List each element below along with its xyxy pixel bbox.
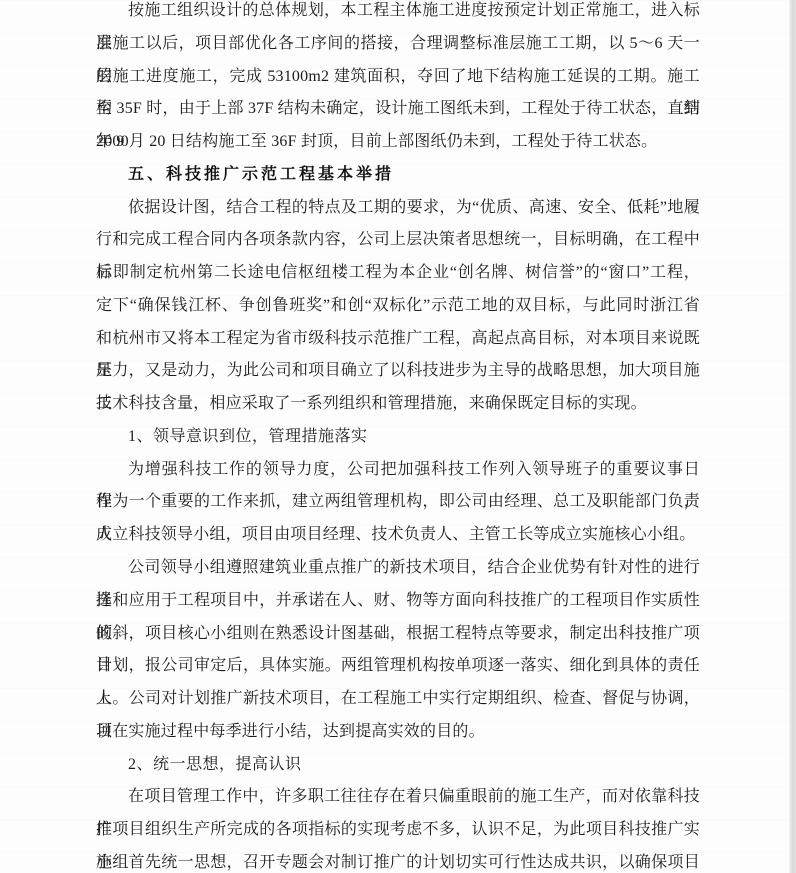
paragraph-line: 后即制定杭州第二长途电信枢纽楼工程为本企业“创名牌、树信誉”的“窗口”工程， [96,257,700,290]
paragraph-first-line: 为增强科技工作的领导力度，公司把加强科技工作列入领导班子的重要议事日程， [96,454,700,487]
section-heading: 五、科技推广示范工程基本举措 [96,159,700,192]
paragraph-line: 作为一个重要的工作来抓，建立两组管理机构，即公司由经理、总工及职能部门负责人 [96,486,700,519]
paragraph-line: 计划，报公司审定后，具体实施。两组管理机构按单项逐一落实、细化到具体的责任人 [96,650,700,683]
paragraph-line: 择和应用于工程项目中，并承诺在人、财、物等方面向科技推广的工程项目作实质性的 [96,585,700,618]
document-page: 按施工组织设计的总体规划，本工程主体施工进度按预定计划正常施工，进入标准层施工以… [0,0,796,873]
numbered-subheading: 2、统一思想，提高认识 [96,749,700,782]
paragraph-first-line: 按施工组织设计的总体规划，本工程主体施工进度按预定计划正常施工，进入标准 [96,0,700,28]
paragraph-first-line: 依据设计图，结合工程的特点及工期的要求，为“优质、高速、安全、低耗”地履 [96,192,700,225]
paragraph-line: 的施工进度施工，完成 53100m2 建筑面积，夺回了地下结构施工延误的工期。施… [96,61,700,94]
paragraph-line: 压力，又是动力，为此公司和项目确立了以科技进步为主导的战略思想，加大项目施工 [96,355,700,388]
paragraph-line: 和杭州市又将本工程定为省市级科技示范推广工程，高起点高目标，对本项目来说既是 [96,323,700,356]
paragraph-first-line: 公司领导小组遵照建筑业重点推广的新技术项目，结合企业优势有针对性的进行选 [96,552,700,585]
paragraph-last-line: 成立科技领导小组，项目由项目经理、技术负责人、主管工长等成立实施核心小组。 [96,519,700,552]
paragraph-last-line: 年 9 月 20 日结构施工至 36F 封顶，目前上部图纸仍未到，工程处于待工状… [96,126,700,159]
paragraph-last-line: 技术科技含量，相应采取了一系列组织和管理措施，来确保既定目标的实现。 [96,388,700,421]
paragraph-last-line: 目在实施过程中每季进行小结，达到提高实效的目的。 [96,716,700,749]
paragraph-line: 构 35F 时，由于上部 37F 结构未确定，设计施工图纸未到，工程处于待工状态… [96,93,700,126]
paragraph-line: 倾斜，项目核心小组则在熟悉设计图基础，根据工程特点等要求，制定出科技推广项目 [96,618,700,651]
paragraph-line: 广项目组织生产所完成的各项指标的实现考虑不多，认识不足，为此项目科技推广实施 [96,814,700,847]
paragraph-line: 小组首先统一思想，召开专题会对制订推广的计划切实可行性达成共识，以确保项目施 [96,847,700,873]
document-text-column: 按施工组织设计的总体规划，本工程主体施工进度按预定计划正常施工，进入标准层施工以… [96,0,700,873]
numbered-subheading: 1、领导意识到位，管理措施落实 [96,421,700,454]
paragraph-line: 行和完成工程合同内各项条款内容，公司上层决策者思想统一，目标明确，在工程中标 [96,224,700,257]
page-edge-strip [789,0,796,873]
paragraph-line: 上。公司对计划推广新技术项目，在工程施工中实行定期组织、检查、督促与协调，项 [96,683,700,716]
paragraph-first-line: 在项目管理工作中，许多职工往往存在着只偏重眼前的施工生产，而对依靠科技推 [96,781,700,814]
paragraph-line: 定下“确保钱江杯、争创鲁班奖”和创“双标化”示范工地的双目标，与此同时浙江省 [96,290,700,323]
paragraph-line: 层施工以后，项目部优化各工序间的搭接，合理调整标准层施工工期，以 5～6 天一层 [96,28,700,61]
